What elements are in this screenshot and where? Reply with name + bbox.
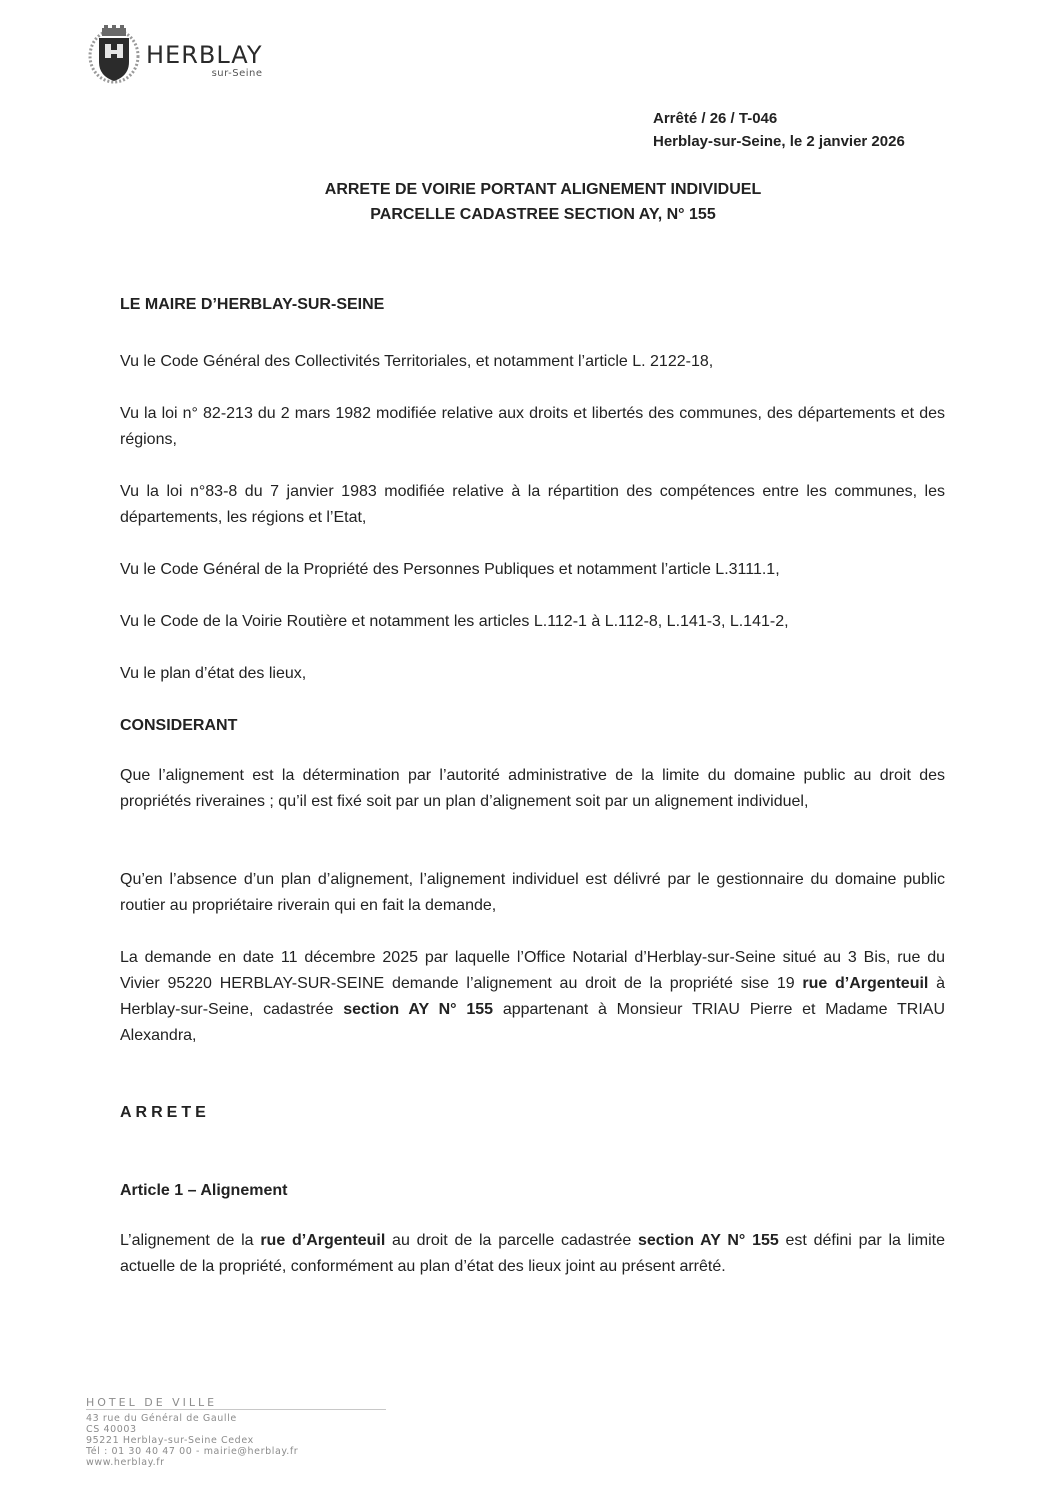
footer-contact: Tél : 01 30 40 47 00 - mairie@herblay.fr bbox=[86, 1446, 298, 1457]
visa-2: Vu la loi n° 82-213 du 2 mars 1982 modif… bbox=[120, 401, 945, 453]
article-1-heading: Article 1 – Alignement bbox=[120, 1178, 945, 1204]
visa-3: Vu la loi n°83-8 du 7 janvier 1983 modif… bbox=[120, 479, 945, 531]
visa-1: Vu le Code Général des Collectivités Ter… bbox=[120, 349, 945, 375]
footer-address: HOTEL DE VILLE 43 rue du Général de Gaul… bbox=[86, 1396, 298, 1468]
document-title: ARRETE DE VOIRIE PORTANT ALIGNEMENT INDI… bbox=[0, 177, 1058, 227]
visa-6: Vu le plan d’état des lieux, bbox=[120, 661, 945, 687]
footer-cs: CS 40003 bbox=[86, 1424, 298, 1435]
street-name: rue d’Argenteuil bbox=[260, 1232, 385, 1249]
article-1-text: L’alignement de la rue d’Argenteuil au d… bbox=[120, 1228, 945, 1280]
considerant-2: Qu’en l’absence d’un plan d’alignement, … bbox=[120, 867, 945, 919]
footer-city: 95221 Herblay-sur-Seine Cedex bbox=[86, 1435, 298, 1446]
considerant-heading: CONSIDERANT bbox=[120, 713, 945, 739]
footer-title: HOTEL DE VILLE bbox=[86, 1396, 298, 1409]
logo-subtitle: sur-Seine bbox=[146, 68, 263, 79]
footer-street: 43 rue du Général de Gaulle bbox=[86, 1413, 298, 1424]
footer-website: www.herblay.fr bbox=[86, 1457, 298, 1468]
city-logo: HERBLAY sur-Seine bbox=[88, 22, 263, 88]
authority-heading: LE MAIRE D’HERBLAY-SUR-SEINE bbox=[120, 292, 945, 318]
considerant-1: Que l’alignement est la détermination pa… bbox=[120, 763, 945, 815]
place-date: Herblay-sur-Seine, le 2 janvier 2026 bbox=[653, 130, 905, 153]
street-name: rue d’Argenteuil bbox=[802, 975, 928, 992]
decree-reference: Arrêté / 26 / T-046 bbox=[653, 107, 905, 130]
arrete-heading: ARRETE bbox=[120, 1100, 945, 1126]
footer-divider bbox=[86, 1409, 386, 1410]
logo-name: HERBLAY bbox=[146, 42, 263, 68]
parcel-reference: section AY N° 155 bbox=[638, 1232, 779, 1249]
title-line-2: PARCELLE CADASTREE SECTION AY, N° 155 bbox=[28, 202, 1058, 227]
reference-block: Arrêté / 26 / T-046 Herblay-sur-Seine, l… bbox=[653, 107, 905, 153]
title-line-1: ARRETE DE VOIRIE PORTANT ALIGNEMENT INDI… bbox=[28, 177, 1058, 202]
visa-5: Vu le Code de la Voirie Routière et nota… bbox=[120, 609, 945, 635]
parcel-reference: section AY N° 155 bbox=[343, 1001, 493, 1018]
demande-paragraph: La demande en date 11 décembre 2025 par … bbox=[120, 945, 945, 1049]
city-crest-icon bbox=[88, 24, 140, 84]
visa-4: Vu le Code Général de la Propriété des P… bbox=[120, 557, 945, 583]
